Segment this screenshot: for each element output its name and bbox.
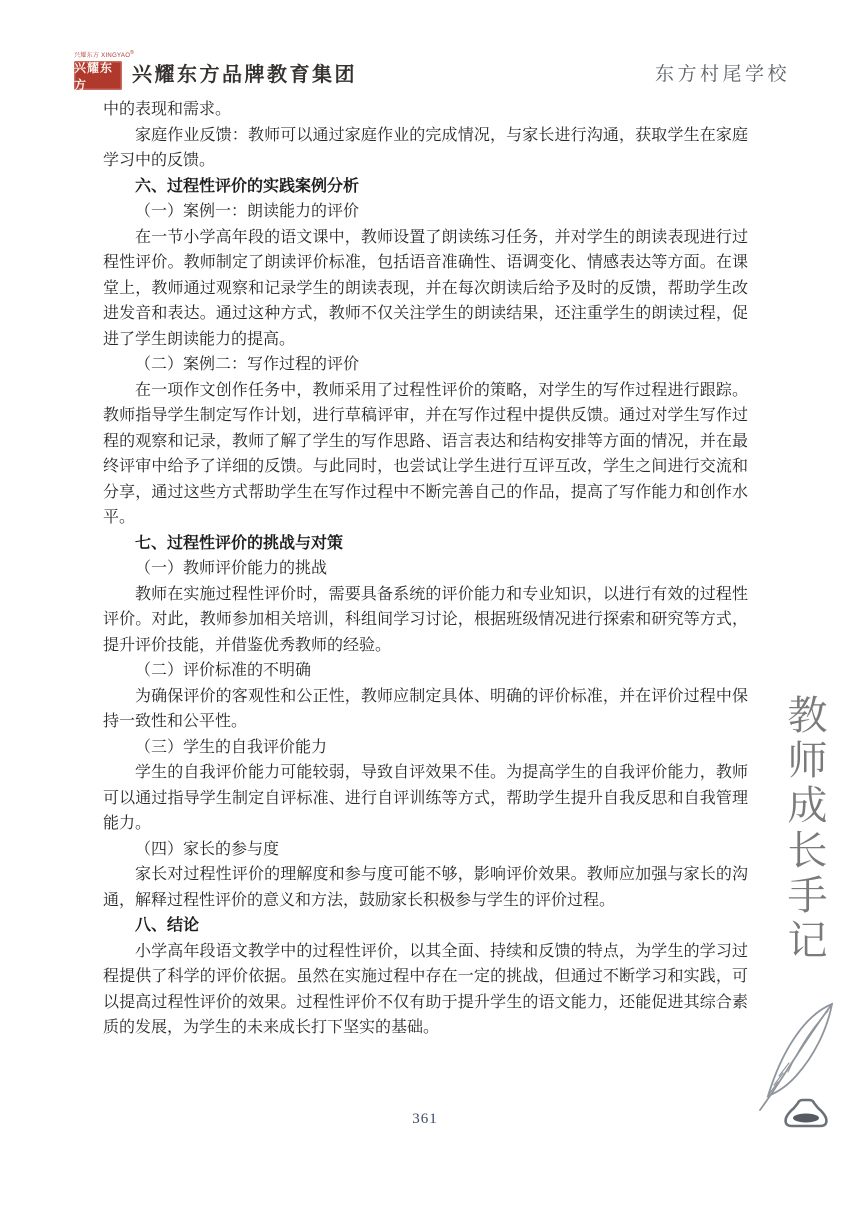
subsection-heading: （三）学生的自我评价能力 xyxy=(103,735,748,761)
subsection-heading: （四）家长的参与度 xyxy=(103,837,748,863)
registered-mark: ® xyxy=(130,50,134,56)
section-heading: 六、过程性评价的实践案例分析 xyxy=(103,174,748,200)
body-paragraph: 在一项作文创作任务中，教师采用了过程性评价的策略，对学生的写作过程进行跟踪。教师… xyxy=(103,378,748,531)
document-body: 中的表现和需求。 家庭作业反馈：教师可以通过家庭作业的完成情况，与家长进行沟通，… xyxy=(103,97,748,1041)
body-paragraph: 在一节小学高年段的语文课中，教师设置了朗读练习任务，并对学生的朗读表现进行过程性… xyxy=(103,225,748,353)
brand-title: 兴耀东方品牌教育集团 xyxy=(132,58,357,87)
seal-text: 兴耀东方 xyxy=(74,59,122,93)
school-name: 东方村尾学校 xyxy=(655,59,790,86)
body-paragraph: 家庭作业反馈：教师可以通过家庭作业的完成情况，与家长进行沟通，获取学生在家庭学习… xyxy=(103,123,748,174)
subsection-heading: （二）案例二：写作过程的评价 xyxy=(103,352,748,378)
subsection-heading: （一）教师评价能力的挑战 xyxy=(103,556,748,582)
continuation-paragraph: 中的表现和需求。 xyxy=(103,97,748,123)
document-page: 兴耀东方 XINGYAO® 兴耀东方 兴耀东方品牌教育集团 东方村尾学校 中的表… xyxy=(0,0,850,1205)
section-heading: 七、过程性评价的挑战与对策 xyxy=(103,531,748,557)
body-paragraph: 家长对过程性评价的理解度和参与度可能不够，影响评价效果。教师应加强与家长的沟通，… xyxy=(103,862,748,913)
brand-seal-icon: 兴耀东方 xyxy=(74,61,122,90)
page-header: 兴耀东方 XINGYAO® 兴耀东方 兴耀东方品牌教育集团 东方村尾学校 xyxy=(74,50,790,98)
body-paragraph: 为确保评价的客观性和公正性，教师应制定具体、明确的评价标准，并在评价过程中保持一… xyxy=(103,684,748,735)
body-paragraph: 教师在实施过程性评价时，需要具备系统的评价能力和专业知识，以进行有效的过程性评价… xyxy=(103,582,748,659)
body-paragraph: 学生的自我评价能力可能较弱，导致自评效果不佳。为提高学生的自我评价能力，教师可以… xyxy=(103,760,748,837)
page-footer: 361 xyxy=(0,1110,850,1128)
vertical-watermark-text: 教师成长手记 xyxy=(776,694,832,970)
page-number: 361 xyxy=(412,1111,438,1127)
brand-logo: 兴耀东方 XINGYAO® 兴耀东方 xyxy=(74,50,128,90)
subsection-heading: （二）评价标准的不明确 xyxy=(103,658,748,684)
subsection-heading: （一）案例一：朗读能力的评价 xyxy=(103,199,748,225)
body-paragraph: 小学高年段语文教学中的过程性评价，以其全面、持续和反馈的特点，为学生的学习过程提… xyxy=(103,939,748,1041)
section-heading: 八、结论 xyxy=(103,913,748,939)
